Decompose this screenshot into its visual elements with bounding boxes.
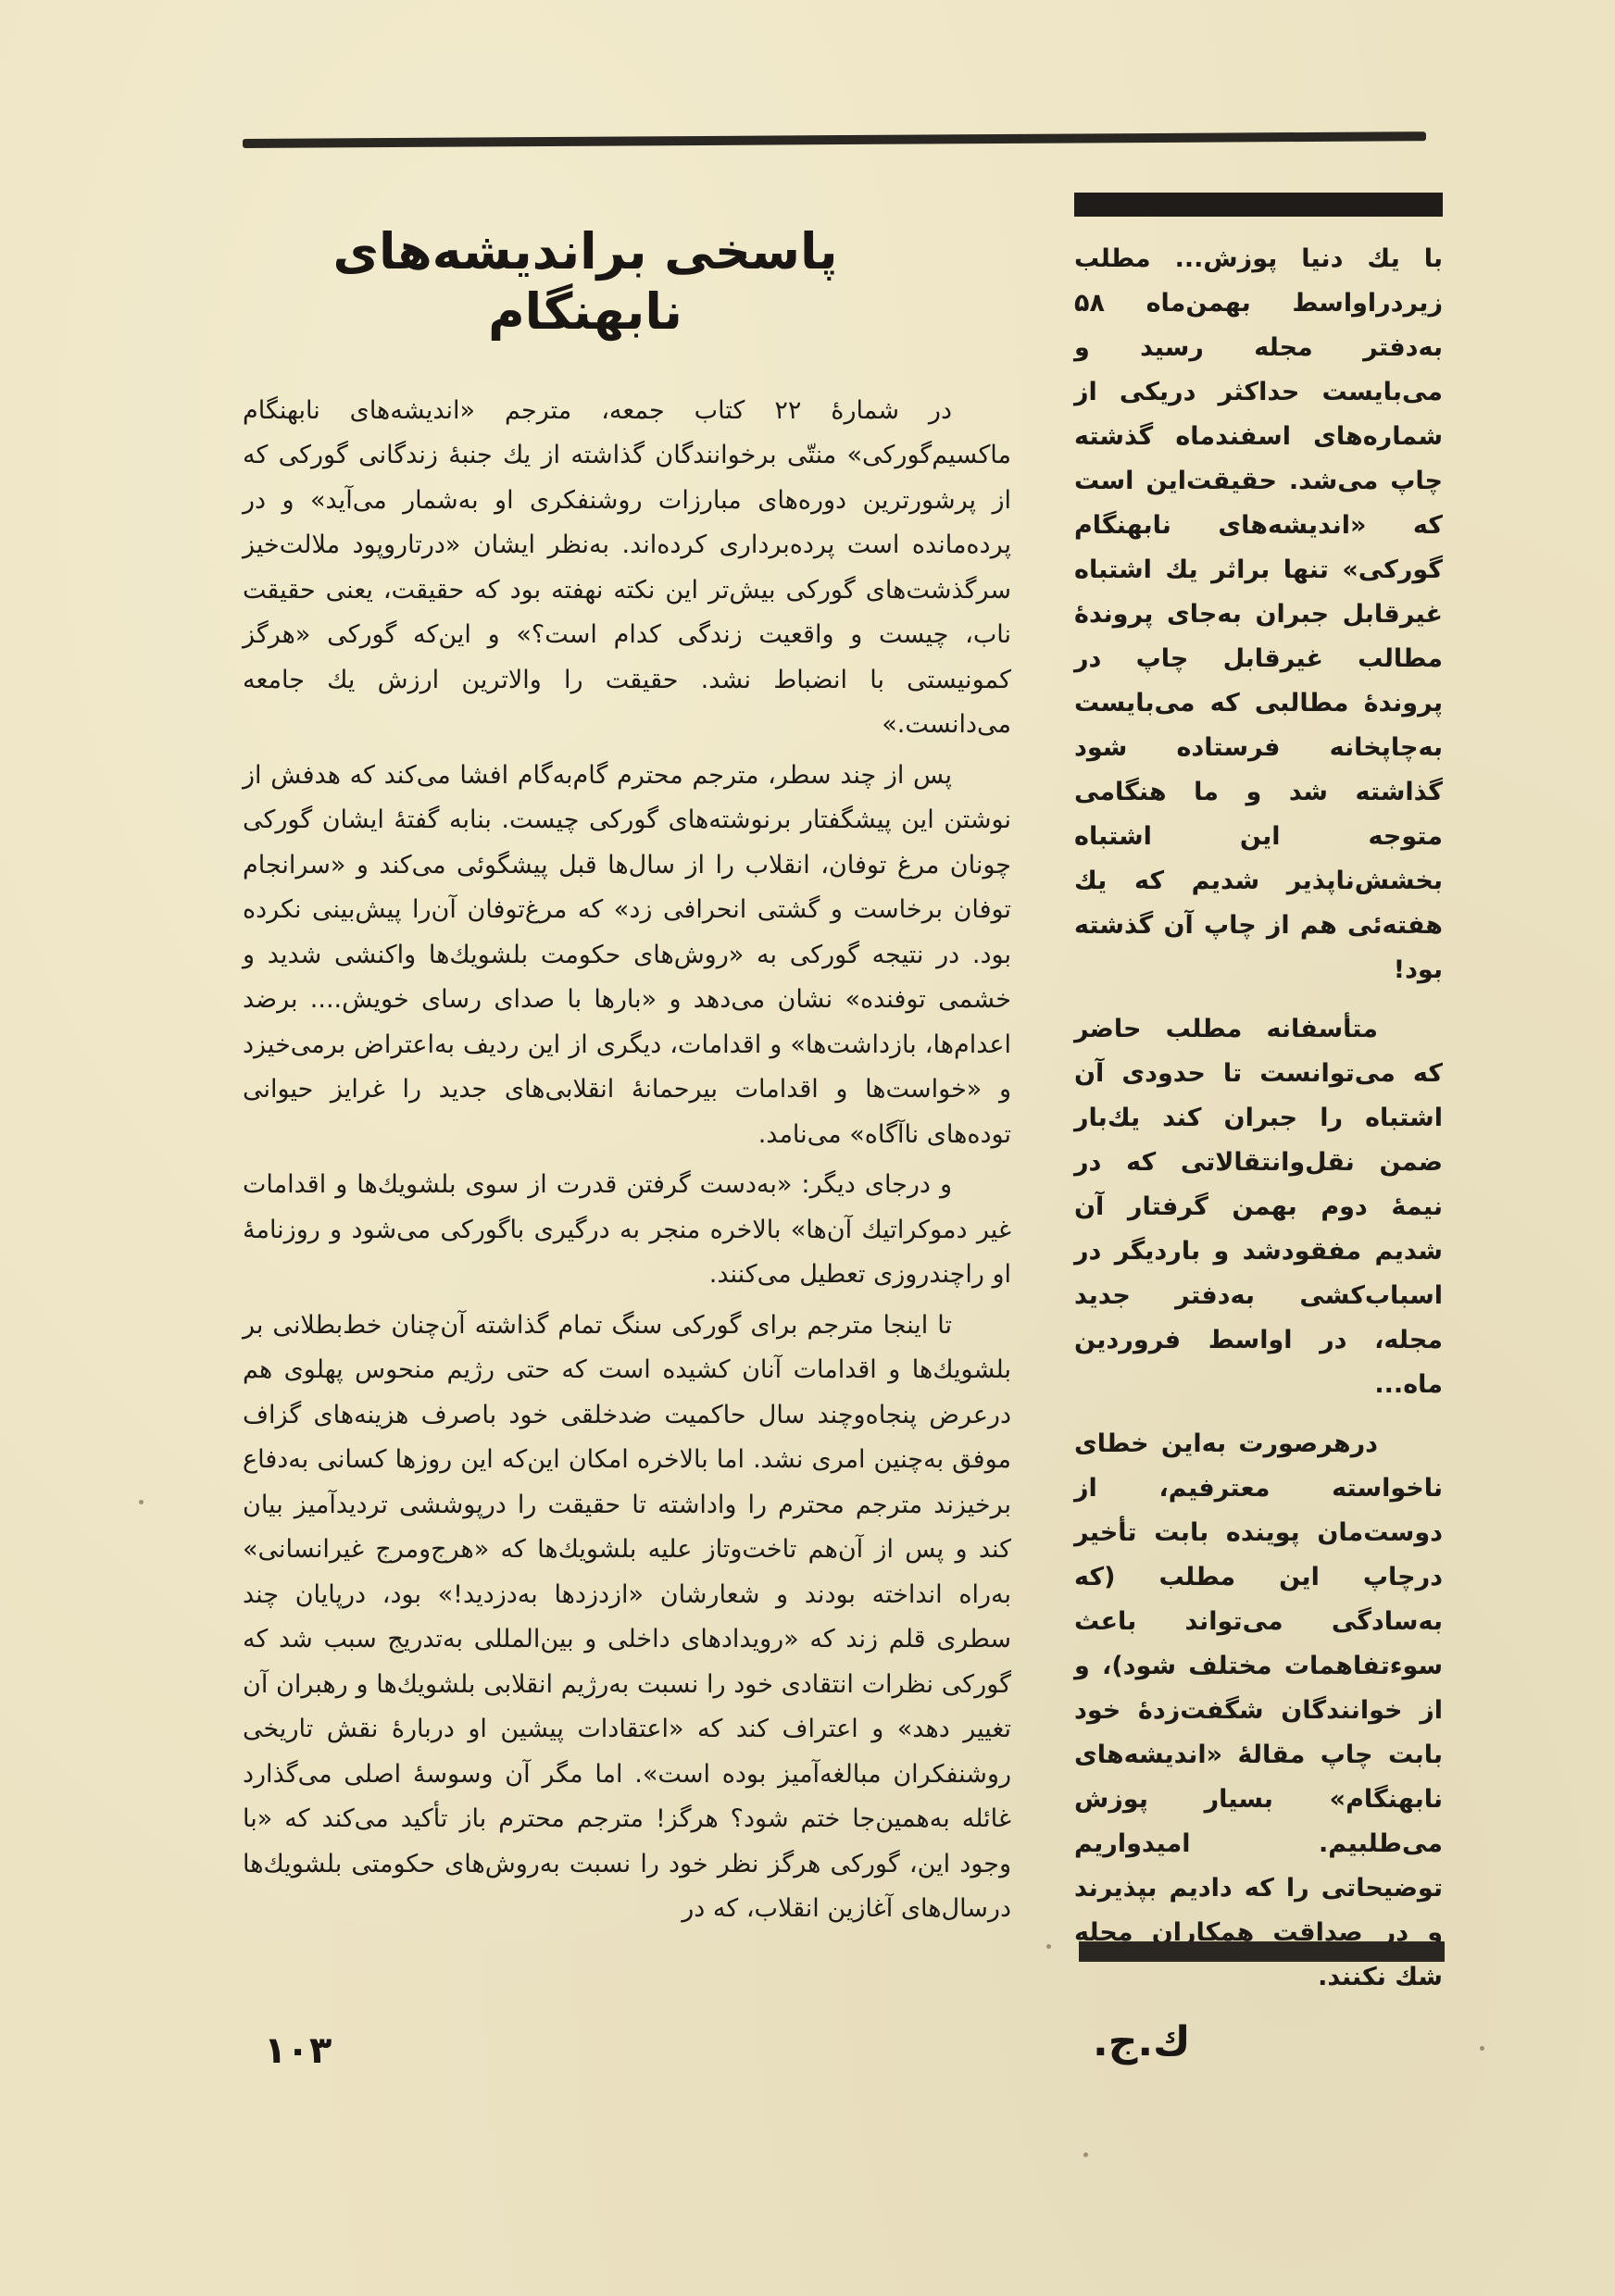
editorial-note-paragraph: با یك دنیا پوزش... مطلب زیردراواسط بهمن‌… [1074,237,1443,992]
article-paragraph: در شمارهٔ ۲۲ کتاب جمعه، مترجم «اندیشه‌ها… [243,389,1011,748]
paper-speck [1046,1944,1051,1949]
article-paragraph: و درجای دیگر: «به‌دست گرفتن قدرت از سوی … [243,1163,1011,1298]
paper-speck [139,1500,144,1504]
article-column: پاسخی براندیشه‌های نابهنگام در شمارهٔ ۲۲… [243,222,1011,1938]
editorial-note-paragraph: درهرصورت به‌این خطای ناخواسته معترفیم، ا… [1074,1422,1443,2000]
editorial-note-column: با یك دنیا پوزش... مطلب زیردراواسط بهمن‌… [1074,193,1443,2065]
editorial-note-paragraph: متأسفانه مطلب حاضر که می‌توانست تا حدودی… [1074,1007,1443,1407]
article-title: پاسخی براندیشه‌های نابهنگام [243,222,1011,343]
paper-speck [1480,2046,1484,2051]
article-paragraph: تا اینجا مترجم برای گورکی سنگ تمام گذاشت… [243,1304,1011,1932]
sidebar-bottom-bar [1079,1941,1445,1962]
editorial-signature: ك.ج. [1074,2018,1443,2065]
sidebar-top-bar [1074,193,1443,217]
page-number: ۱۰۳ [264,2029,332,2072]
article-paragraph: پس از چند سطر، مترجم محترم گام‌به‌گام اف… [243,754,1011,1158]
paper-speck [1083,2152,1088,2157]
